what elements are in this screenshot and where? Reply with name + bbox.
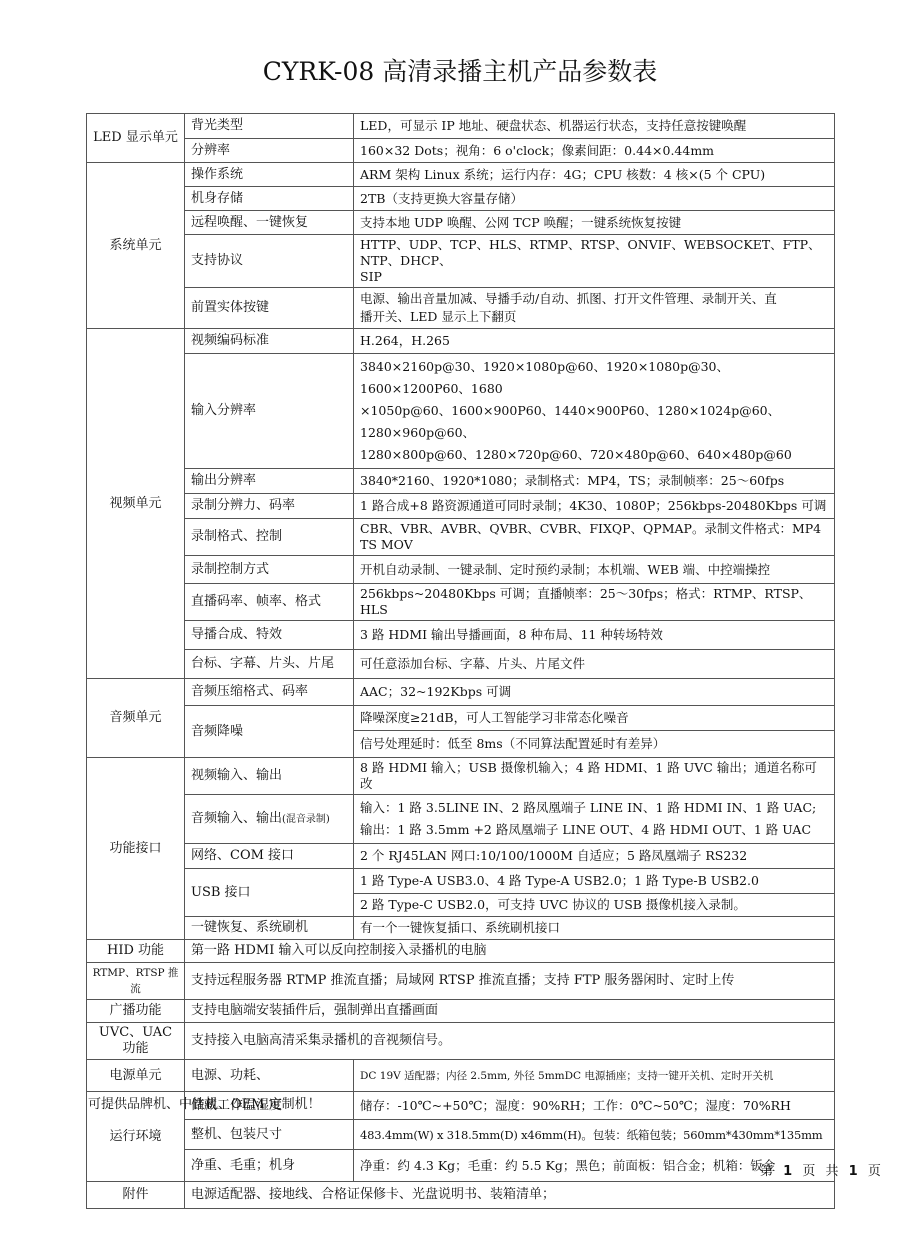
spec-key: 整机、包装尺寸: [185, 1120, 354, 1150]
spec-value: 支持本地 UDP 唤醒、公网 TCP 唤醒；一键系统恢复按键: [354, 211, 835, 235]
spec-value: 有一个一键恢复插口、系统刷机接口: [354, 917, 835, 940]
page-prefix: 第: [760, 1164, 776, 1179]
spec-value: 8 路 HDMI 输入；USB 摄像机输入；4 路 HDMI、1 路 UVC 输…: [354, 758, 835, 795]
table-row: 支持协议 HTTP、UDP、TCP、HLS、RTMP、RTSP、ONVIF、WE…: [87, 235, 835, 288]
spec-value: 信号处理延时：低至 8ms（不同算法配置延时有差异）: [354, 731, 835, 758]
category-accessories: 附件: [87, 1182, 185, 1209]
spec-key: 音频输入、输出(混音录制): [185, 795, 354, 844]
spec-value: 第一路 HDMI 输入可以反向控制接入录播机的电脑: [185, 940, 835, 963]
spec-value: 可任意添加台标、字幕、片头、片尾文件: [354, 650, 835, 679]
category-led: LED 显示单元: [87, 114, 185, 163]
spec-value: 支持电脑端安装插件后，强制弹出直播画面: [185, 1000, 835, 1023]
spec-value: H.264，H.265: [354, 329, 835, 354]
table-row: 远程唤醒、一键恢复 支持本地 UDP 唤醒、公网 TCP 唤醒；一键系统恢复按键: [87, 211, 835, 235]
category-broadcast: 广播功能: [87, 1000, 185, 1023]
spec-value: 降噪深度≥21dB，可人工智能学习非常态化噪音: [354, 706, 835, 731]
value-line: ×1050p@60、1600×900P60、1440×900P60、1280×1…: [360, 400, 828, 444]
spec-value: 2TB（支持更换大容量存储）: [354, 187, 835, 211]
spec-value: 开机自动录制、一键录制、定时预约录制；本机端、WEB 端、中控端操控: [354, 556, 835, 584]
table-row: 机身存储 2TB（支持更换大容量存储）: [87, 187, 835, 211]
spec-key: 台标、字幕、片头、片尾: [185, 650, 354, 679]
spec-key: 音频降噪: [185, 706, 354, 758]
value-line: SIP: [360, 269, 828, 285]
spec-value: 483.4mm(W) x 318.5mm(D) x46mm(H)。包装：纸箱包装…: [354, 1120, 835, 1150]
table-row: LED 显示单元 背光类型 LED，可显示 IP 地址、硬盘状态、机器运行状态，…: [87, 114, 835, 139]
spec-value: 电源适配器、接地线、合格证保修卡、光盘说明书、装箱清单；: [185, 1182, 835, 1209]
category-hid: HID 功能: [87, 940, 185, 963]
spec-value: 储存：-10℃~+50℃；湿度：90%RH；工作：0℃~50℃；湿度：70%RH: [354, 1092, 835, 1120]
category-system: 系统单元: [87, 163, 185, 329]
spec-value: 支持接入电脑高清采集录播机的音视频信号。: [185, 1023, 835, 1060]
page-current: 1: [783, 1164, 795, 1179]
category-video: 视频单元: [87, 329, 185, 679]
spec-value: LED，可显示 IP 地址、硬盘状态、机器运行状态，支持任意按键唤醒: [354, 114, 835, 139]
spec-value: 3 路 HDMI 输出导播画面，8 种布局、11 种转场特效: [354, 621, 835, 650]
table-row: 视频单元 视频编码标准 H.264，H.265: [87, 329, 835, 354]
table-row: 广播功能 支持电脑端安装插件后，强制弹出直播画面: [87, 1000, 835, 1023]
category-audio: 音频单元: [87, 679, 185, 758]
value-line: HTTP、UDP、TCP、HLS、RTMP、RTSP、ONVIF、WEBSOCK…: [360, 237, 828, 269]
category-interface: 功能接口: [87, 758, 185, 940]
table-row: RTMP、RTSP 推流 支持远程服务器 RTMP 推流直播；局域网 RTSP …: [87, 963, 835, 1000]
spec-value: HTTP、UDP、TCP、HLS、RTMP、RTSP、ONVIF、WEBSOCK…: [354, 235, 835, 288]
spec-key: 音频压缩格式、码率: [185, 679, 354, 706]
spec-key: 机身存储: [185, 187, 354, 211]
spec-key: 电源、功耗、: [185, 1060, 354, 1092]
spec-key: 前置实体按键: [185, 288, 354, 329]
spec-value: 256kbps~20480Kbps 可调；直播帧率：25～30fps；格式：RT…: [354, 584, 835, 621]
table-row: HID 功能 第一路 HDMI 输入可以反向控制接入录播机的电脑: [87, 940, 835, 963]
table-row: 附件 电源适配器、接地线、合格证保修卡、光盘说明书、装箱清单；: [87, 1182, 835, 1209]
spec-key: 净重、毛重；机身: [185, 1150, 354, 1182]
spec-key-label: 音频输入、输出: [191, 811, 282, 826]
spec-table: LED 显示单元 背光类型 LED，可显示 IP 地址、硬盘状态、机器运行状态，…: [86, 113, 835, 1209]
category-power: 电源单元: [87, 1060, 185, 1092]
spec-value: ARM 架构 Linux 系统；运行内存：4G；CPU 核数：4 核×(5 个 …: [354, 163, 835, 187]
table-row: 系统单元 操作系统 ARM 架构 Linux 系统；运行内存：4G；CPU 核数…: [87, 163, 835, 187]
value-line: 播开关、LED 显示上下翻页: [360, 308, 828, 326]
table-row: 音频输入、输出(混音录制) 输入：1 路 3.5LINE IN、2 路凤凰端子 …: [87, 795, 835, 844]
spec-value: 3840*2160、1920*1080；录制格式：MP4，TS；录制帧率：25～…: [354, 469, 835, 494]
category-uvc-uac: UVC、UAC 功能: [87, 1023, 185, 1060]
spec-key: 录制控制方式: [185, 556, 354, 584]
spec-value: 2 个 RJ45LAN 网口:10/100/1000M 自适应；5 路凤凰端子 …: [354, 844, 835, 869]
spec-key: 支持协议: [185, 235, 354, 288]
table-row: UVC、UAC 功能 支持接入电脑高清采集录播机的音视频信号。: [87, 1023, 835, 1060]
spec-key: 背光类型: [185, 114, 354, 139]
spec-value: 电源、输出音量加减、导播手动/自动、抓图、打开文件管理、录制开关、直 播开关、L…: [354, 288, 835, 329]
table-row: 输入分辨率 3840×2160p@30、1920×1080p@60、1920×1…: [87, 354, 835, 469]
table-row: 电源单元 电源、功耗、 DC 19V 适配器；内径 2.5mm, 外径 5mmD…: [87, 1060, 835, 1092]
spec-value: 1 路合成+8 路资源通道可同时录制；4K30、1080P；256kbps-20…: [354, 494, 835, 519]
spec-key: 输出分辨率: [185, 469, 354, 494]
spec-value: AAC；32~192Kbps 可调: [354, 679, 835, 706]
page-indicator: 第 1 页 共 1 页: [760, 1160, 884, 1179]
table-row: 功能接口 视频输入、输出 8 路 HDMI 输入；USB 摄像机输入；4 路 H…: [87, 758, 835, 795]
spec-value: 输入：1 路 3.5LINE IN、2 路凤凰端子 LINE IN、1 路 HD…: [354, 795, 835, 844]
spec-key: 导播合成、特效: [185, 621, 354, 650]
spec-value: 3840×2160p@30、1920×1080p@60、1920×1080p@3…: [354, 354, 835, 469]
table-row: 音频降噪 降噪深度≥21dB，可人工智能学习非常态化噪音: [87, 706, 835, 731]
table-row: 音频单元 音频压缩格式、码率 AAC；32~192Kbps 可调: [87, 679, 835, 706]
spec-value: 支持远程服务器 RTMP 推流直播；局域网 RTSP 推流直播；支持 FTP 服…: [185, 963, 835, 1000]
spec-key: 一键恢复、系统刷机: [185, 917, 354, 940]
table-row: 整机、包装尺寸 483.4mm(W) x 318.5mm(D) x46mm(H)…: [87, 1120, 835, 1150]
spec-key: 远程唤醒、一键恢复: [185, 211, 354, 235]
spec-key: 视频编码标准: [185, 329, 354, 354]
spec-key: 录制格式、控制: [185, 519, 354, 556]
spec-key-note: (混音录制): [282, 814, 330, 825]
spec-key: 网络、COM 接口: [185, 844, 354, 869]
table-row: 前置实体按键 电源、输出音量加减、导播手动/自动、抓图、打开文件管理、录制开关、…: [87, 288, 835, 329]
page-total: 1: [849, 1164, 861, 1179]
spec-key: 输入分辨率: [185, 354, 354, 469]
spec-key: 视频输入、输出: [185, 758, 354, 795]
table-row: 输出分辨率 3840*2160、1920*1080；录制格式：MP4，TS；录制…: [87, 469, 835, 494]
page-title: CYRK-08 高清录播主机产品参数表: [0, 52, 920, 88]
spec-key: 分辨率: [185, 139, 354, 163]
category-rtmp: RTMP、RTSP 推流: [87, 963, 185, 1000]
table-row: 直播码率、帧率、格式 256kbps~20480Kbps 可调；直播帧率：25～…: [87, 584, 835, 621]
spec-value: CBR、VBR、AVBR、QVBR、CVBR、FIXQP、QPMAP。录制文件格…: [354, 519, 835, 556]
table-row: 分辨率 160×32 Dots；视角：6 o'clock；像素间距：0.44×0…: [87, 139, 835, 163]
footer-note: 可提供品牌机、中性机、OEM 定制机！: [88, 1093, 321, 1112]
spec-value: DC 19V 适配器；内径 2.5mm, 外径 5mmDC 电源插座；支持一键开…: [354, 1060, 835, 1092]
value-line: 3840×2160p@30、1920×1080p@60、1920×1080p@3…: [360, 356, 828, 400]
table-row: 台标、字幕、片头、片尾 可任意添加台标、字幕、片头、片尾文件: [87, 650, 835, 679]
table-row: 净重、毛重；机身 净重：约 4.3 Kg；毛重：约 5.5 Kg；黑色；前面板：…: [87, 1150, 835, 1182]
table-row: USB 接口 1 路 Type-A USB3.0、4 路 Type-A USB2…: [87, 869, 835, 894]
table-row: 网络、COM 接口 2 个 RJ45LAN 网口:10/100/1000M 自适…: [87, 844, 835, 869]
value-line: 输出：1 路 3.5mm +2 路凤凰端子 LINE OUT、4 路 HDMI …: [360, 819, 828, 841]
page-suffix: 页: [868, 1164, 884, 1179]
value-line: 电源、输出音量加减、导播手动/自动、抓图、打开文件管理、录制开关、直: [360, 290, 828, 308]
table-row: 录制格式、控制 CBR、VBR、AVBR、QVBR、CVBR、FIXQP、QPM…: [87, 519, 835, 556]
spec-key: 录制分辨力、码率: [185, 494, 354, 519]
table-row: 导播合成、特效 3 路 HDMI 输出导播画面，8 种布局、11 种转场特效: [87, 621, 835, 650]
value-line: 输入：1 路 3.5LINE IN、2 路凤凰端子 LINE IN、1 路 HD…: [360, 797, 828, 819]
spec-value: 2 路 Type-C USB2.0，可支持 UVC 协议的 USB 摄像机接入录…: [354, 894, 835, 917]
value-line: 1280×800p@60、1280×720p@60、720×480p@60、64…: [360, 444, 828, 466]
table-row: 录制控制方式 开机自动录制、一键录制、定时预约录制；本机端、WEB 端、中控端操…: [87, 556, 835, 584]
spec-value: 160×32 Dots；视角：6 o'clock；像素间距：0.44×0.44m…: [354, 139, 835, 163]
page-middle: 页 共: [802, 1164, 841, 1179]
spec-value: 1 路 Type-A USB3.0、4 路 Type-A USB2.0；1 路 …: [354, 869, 835, 894]
table-row: 一键恢复、系统刷机 有一个一键恢复插口、系统刷机接口: [87, 917, 835, 940]
spec-key: USB 接口: [185, 869, 354, 917]
spec-key: 操作系统: [185, 163, 354, 187]
table-row: 录制分辨力、码率 1 路合成+8 路资源通道可同时录制；4K30、1080P；2…: [87, 494, 835, 519]
spec-key: 直播码率、帧率、格式: [185, 584, 354, 621]
